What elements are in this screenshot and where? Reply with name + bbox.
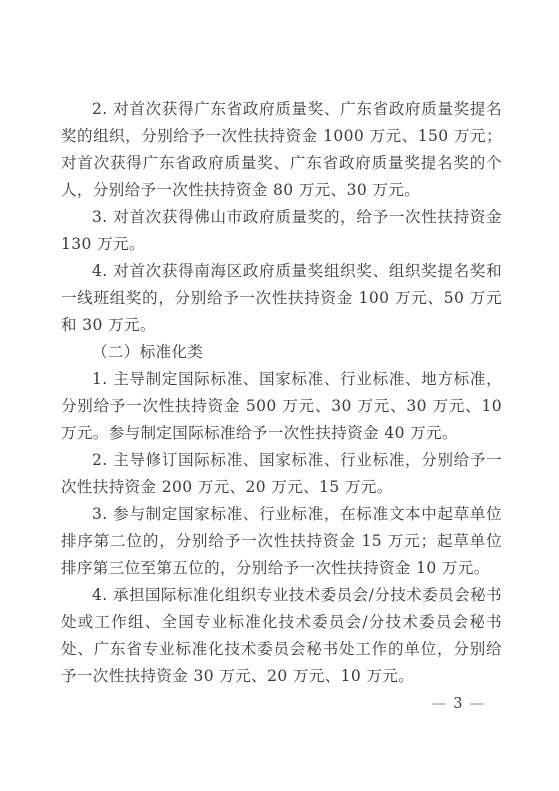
document-page: 2. 对首次获得广东省政府质量奖、广东省政府质量奖提名奖的组织，分别给予一次性扶…	[0, 0, 559, 791]
para-standard-secretariat: 4. 承担国际标准化组织专业技术委员会/分技术委员会秘书处或工作组、全国专业标准…	[61, 582, 502, 690]
document-body: 2. 对首次获得广东省政府质量奖、广东省政府质量奖提名奖的组织，分别给予一次性扶…	[61, 96, 502, 690]
para-standard-lead-drafting: 1. 主导制定国际标准、国家标准、行业标准、地方标准，分别给予一次性扶持资金 5…	[61, 366, 502, 447]
page-number: 3	[447, 696, 468, 712]
para-quality-award-foshan: 3. 对首次获得佛山市政府质量奖的，给予一次性扶持资金 130 万元。	[61, 204, 502, 258]
footer-dash-left: —	[431, 696, 448, 712]
para-standard-participate-drafting: 3. 参与制定国家标准、行业标准，在标准文本中起草单位排序第二位的，分别给予一次…	[61, 501, 502, 582]
para-quality-award-nanhai: 4. 对首次获得南海区政府质量奖组织奖、组织奖提名奖和一线班组奖的，分别给予一次…	[61, 258, 502, 339]
para-quality-award-provincial: 2. 对首次获得广东省政府质量奖、广东省政府质量奖提名奖的组织，分别给予一次性扶…	[61, 96, 502, 204]
para-standard-lead-revision: 2. 主导修订国际标准、国家标准、行业标准，分别给予一次性扶持资金 200 万元…	[61, 447, 502, 501]
section-heading-standardization: （二）标准化类	[61, 339, 502, 366]
footer-dash-right: —	[469, 696, 486, 712]
page-footer: —3—	[431, 695, 485, 713]
